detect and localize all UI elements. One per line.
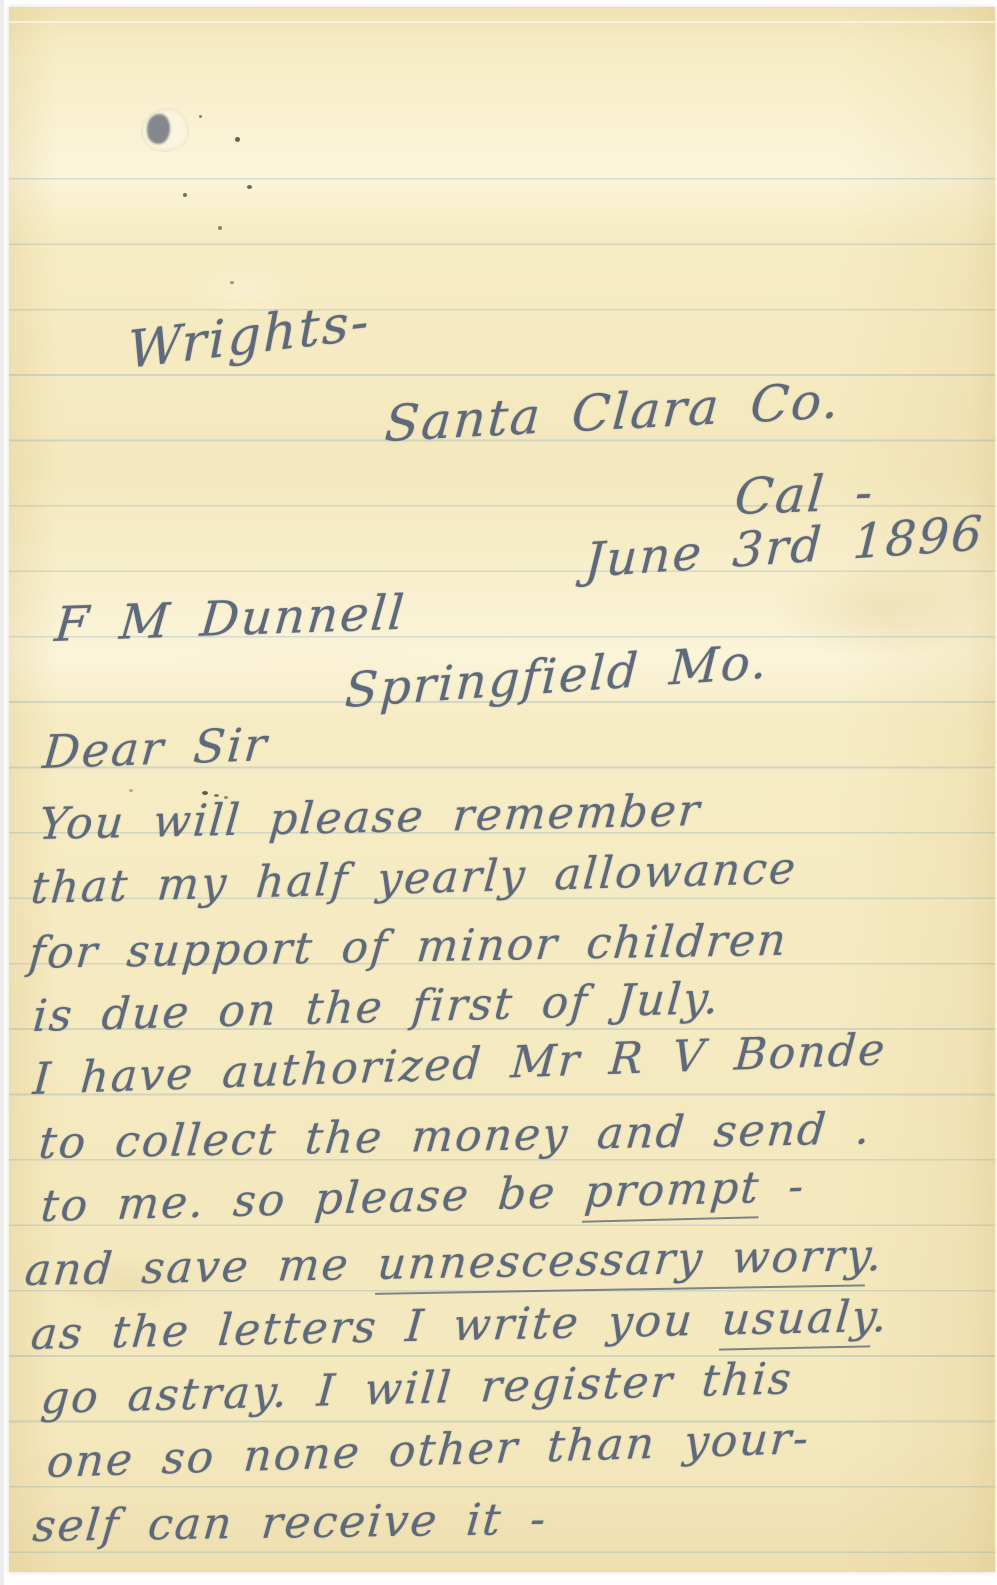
body-text: to collect the money and send . bbox=[37, 1103, 874, 1168]
body-text: one so none other than your- bbox=[45, 1413, 812, 1488]
body-line-3: for support of minor children bbox=[27, 919, 789, 976]
body-line-12: self can receive it - bbox=[31, 1498, 549, 1549]
body-text: and save me bbox=[23, 1239, 380, 1296]
body-line-6: to collect the money and send . bbox=[37, 1107, 873, 1165]
paper-speck bbox=[199, 115, 202, 118]
letter-place-line: Wrights- bbox=[128, 296, 370, 377]
paper-speck bbox=[202, 791, 208, 795]
recipient-city-line: Springfield Mo. bbox=[344, 638, 770, 715]
paper-speck bbox=[129, 789, 133, 792]
body-text: . bbox=[871, 1291, 891, 1342]
salutation-line: Dear Sir bbox=[41, 721, 270, 775]
body-line-5: I have authorized Mr R V Bonde bbox=[31, 1028, 887, 1102]
body-line-9: as the letters I write you usualy. bbox=[29, 1295, 890, 1357]
body-line-4: is due on the first of July. bbox=[31, 977, 722, 1039]
paper-speck bbox=[235, 137, 240, 142]
punch-hole bbox=[141, 108, 189, 152]
body-line-8: and save me unnescessary worry. bbox=[23, 1234, 885, 1293]
underlined-text: usualy bbox=[719, 1291, 875, 1350]
recipient-name-line: F M Dunnell bbox=[53, 589, 408, 649]
paper-speck bbox=[230, 281, 234, 284]
paper-speck bbox=[183, 193, 187, 197]
body-text: is due on the first of July. bbox=[31, 973, 722, 1042]
body-line-10: go astray. I will register this bbox=[39, 1357, 794, 1421]
body-line-11: one so none other than your- bbox=[45, 1417, 811, 1485]
paper-speck bbox=[218, 226, 222, 230]
paper-crease bbox=[9, 21, 995, 23]
body-text: that my half yearly allowance bbox=[29, 843, 799, 914]
body-text: go astray. I will register this bbox=[39, 1353, 795, 1424]
underlined-text: unnescessary worry bbox=[375, 1230, 870, 1295]
paper-speck bbox=[247, 185, 252, 189]
scan-edge bbox=[0, 0, 4, 1585]
body-text: self can receive it - bbox=[31, 1494, 550, 1552]
letter-county-line: Santa Clara Co. bbox=[383, 375, 842, 449]
body-text: - bbox=[758, 1161, 807, 1213]
body-line-7: to me. so please be prompt - bbox=[39, 1165, 807, 1229]
body-text: to me. so please be bbox=[39, 1167, 587, 1232]
punch-hole-shadow bbox=[147, 114, 170, 144]
body-text: You will please remember bbox=[37, 785, 703, 850]
letter-paper: Wrights- Santa Clara Co. Cal - June 3rd … bbox=[9, 7, 995, 1572]
scanned-letter-page: Wrights- Santa Clara Co. Cal - June 3rd … bbox=[0, 0, 997, 1585]
body-text: as the letters I write you bbox=[29, 1295, 724, 1360]
body-line-2: that my half yearly allowance bbox=[29, 847, 799, 911]
letter-date-line: June 3rd 1896 bbox=[584, 509, 985, 585]
body-text: . bbox=[865, 1230, 885, 1281]
body-text: for support of minor children bbox=[27, 915, 790, 979]
body-line-1: You will please remember bbox=[37, 789, 703, 847]
underlined-text: prompt bbox=[582, 1162, 762, 1223]
